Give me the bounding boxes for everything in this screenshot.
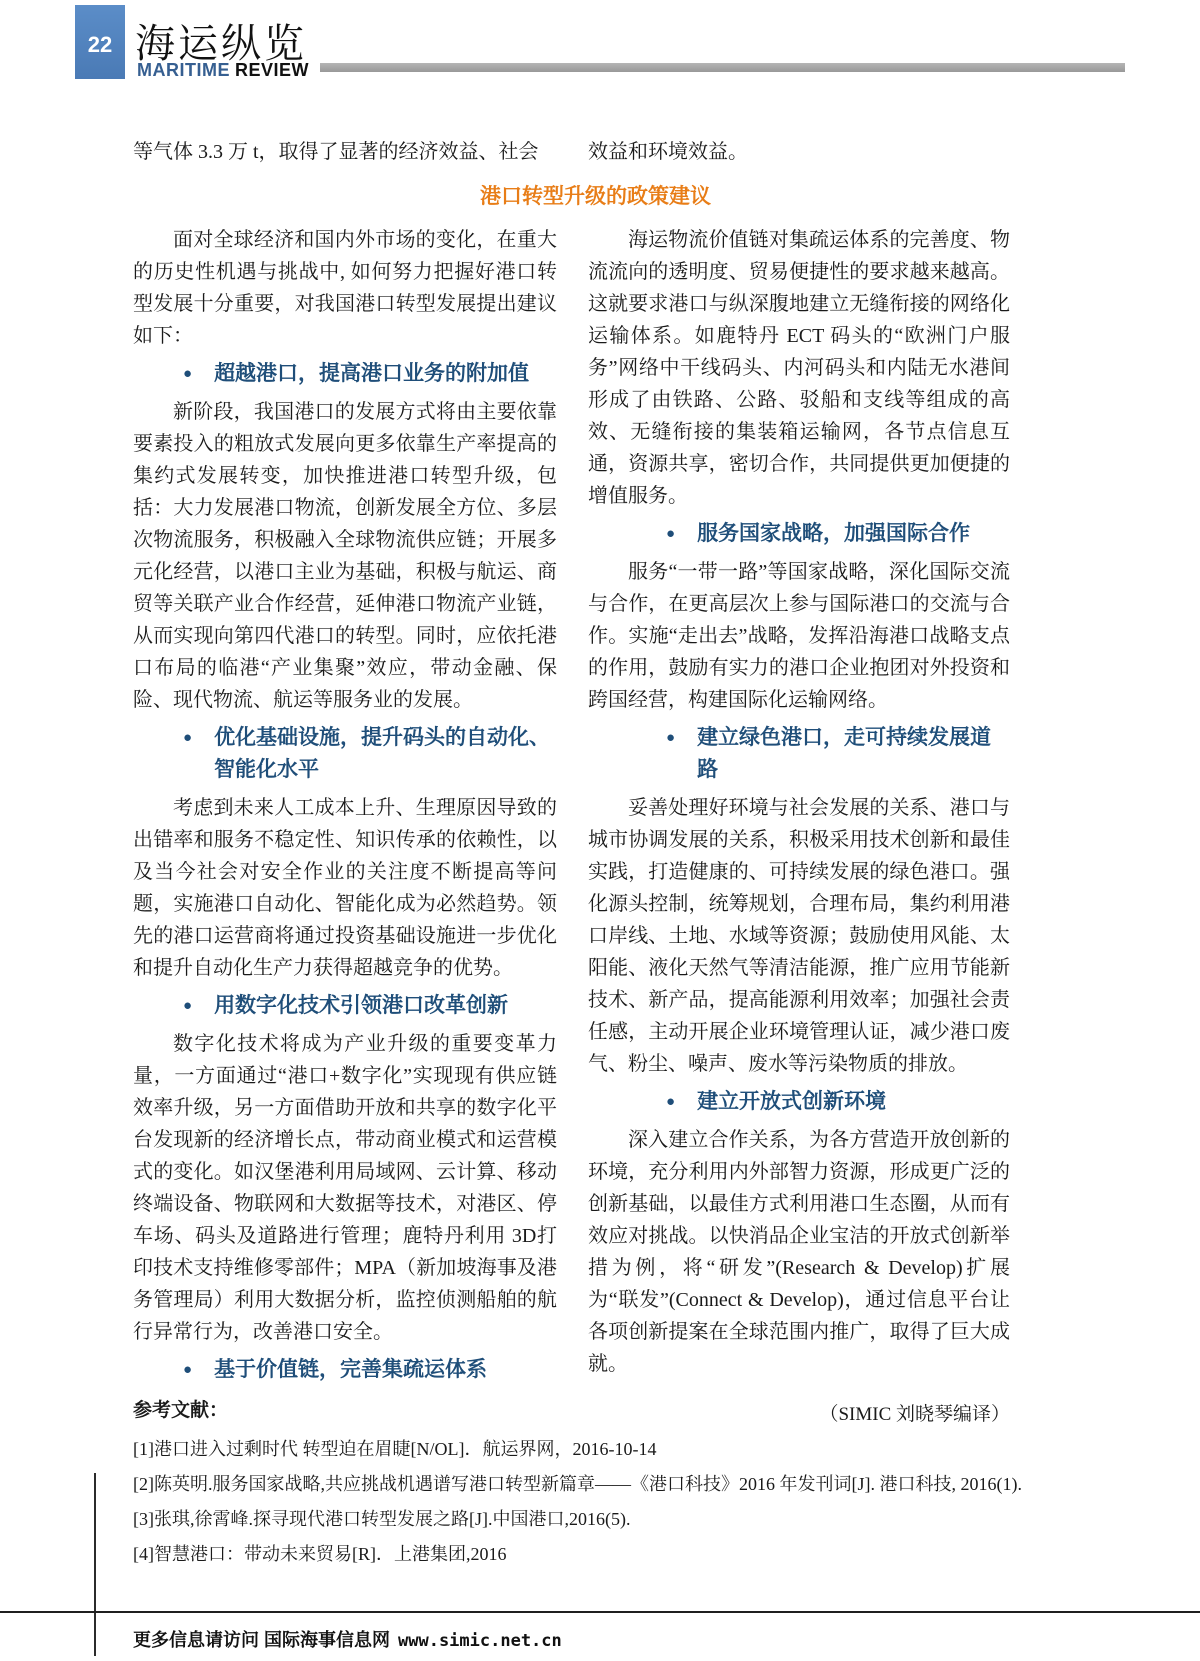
bullet-icon: ● bbox=[666, 1086, 675, 1118]
intro-line-left: 等气体 3.3 万 t，取得了显著的经济效益、社会 bbox=[133, 136, 557, 168]
paragraph: 数字化技术将成为产业升级的重要变革力量，一方面通过“港口+数字化”实现现有供应链… bbox=[133, 1028, 557, 1348]
bullet-icon: ● bbox=[666, 518, 675, 550]
references-title: 参考文献： bbox=[133, 1396, 1173, 1426]
document-page: 22 海运纵览 MARITIMEREVIEW 等气体 3.3 万 t，取得了显著… bbox=[0, 0, 1200, 1661]
two-column-layout: 面对全球经济和国内外市场的变化，在重大的历史性机遇与挑战中, 如何努力把握好港口… bbox=[133, 224, 1010, 1428]
page-number: 22 bbox=[88, 32, 112, 58]
references-section: 参考文献： [1]港口进入过剩时代 转型迫在眉睫[N/OL]．航运界网，2016… bbox=[133, 1396, 1173, 1572]
article-body: 等气体 3.3 万 t，取得了显著的经济效益、社会 效益和环境效益。 港口转型升… bbox=[133, 136, 1010, 1428]
heading-label: 基于价值链，完善集疏运体系 bbox=[214, 1354, 557, 1386]
bullet-heading: ● 建立绿色港口，走可持续发展道路 bbox=[588, 722, 1010, 786]
bullet-heading: ● 超越港口，提高港口业务的附加值 bbox=[133, 358, 557, 390]
heading-label: 用数字化技术引领港口改革创新 bbox=[214, 990, 557, 1022]
reference-item: [2]陈英明.服务国家战略,共应挑战机遇谱写港口转型新篇章——《港口科技》201… bbox=[133, 1467, 1173, 1502]
paragraph: 海运物流价值链对集疏运体系的完善度、物流流向的透明度、贸易便捷性的要求越来越高。… bbox=[588, 224, 1010, 512]
reference-item: [3]张琪,徐霄峰.探寻现代港口转型发展之路[J].中国港口,2016(5). bbox=[133, 1502, 1173, 1537]
column-left: 面对全球经济和国内外市场的变化，在重大的历史性机遇与挑战中, 如何努力把握好港口… bbox=[133, 224, 557, 1392]
bullet-icon: ● bbox=[183, 1354, 192, 1386]
paragraph: 妥善处理好环境与社会发展的关系、港口与城市协调发展的关系，积极采用技术创新和最佳… bbox=[588, 792, 1010, 1080]
footer-url: www.simic.net.cn bbox=[398, 1631, 562, 1651]
bullet-heading: ● 基于价值链，完善集疏运体系 bbox=[133, 1354, 557, 1386]
masthead: 22 海运纵览 MARITIMEREVIEW bbox=[0, 0, 1200, 100]
masthead-subtitle: MARITIMEREVIEW bbox=[137, 60, 309, 81]
footer-text: 更多信息请访问 国际海事信息网www.simic.net.cn bbox=[133, 1626, 562, 1652]
masthead-en-blue: MARITIME bbox=[137, 60, 230, 80]
paragraph: 面对全球经济和国内外市场的变化，在重大的历史性机遇与挑战中, 如何努力把握好港口… bbox=[133, 224, 557, 352]
section-heading: 港口转型升级的政策建议 bbox=[133, 182, 1010, 212]
footer-visit-label: 更多信息请访问 国际海事信息网 bbox=[133, 1630, 390, 1650]
heading-label: 服务国家战略，加强国际合作 bbox=[697, 518, 1010, 550]
footer-crop-mark bbox=[94, 1473, 96, 1656]
bullet-heading: ● 用数字化技术引领港口改革创新 bbox=[133, 990, 557, 1022]
masthead-bar bbox=[320, 63, 1125, 72]
footer-rule bbox=[0, 1611, 1200, 1613]
heading-label: 超越港口，提高港口业务的附加值 bbox=[214, 358, 557, 390]
bullet-heading: ● 建立开放式创新环境 bbox=[588, 1086, 1010, 1118]
intro-row: 等气体 3.3 万 t，取得了显著的经济效益、社会 效益和环境效益。 bbox=[133, 136, 1010, 168]
paragraph: 深入建立合作关系，为各方营造开放创新的环境，充分利用内外部智力资源，形成更广泛的… bbox=[588, 1124, 1010, 1380]
heading-label: 建立绿色港口，走可持续发展道路 bbox=[697, 722, 1010, 786]
paragraph: 新阶段，我国港口的发展方式将由主要依靠要素投入的粗放式发展向更多依靠生产率提高的… bbox=[133, 396, 557, 716]
bullet-icon: ● bbox=[666, 722, 675, 754]
reference-item: [4]智慧港口：带动未来贸易[R]．上港集团,2016 bbox=[133, 1537, 1173, 1572]
bullet-icon: ● bbox=[183, 990, 192, 1022]
column-right: 海运物流价值链对集疏运体系的完善度、物流流向的透明度、贸易便捷性的要求越来越高。… bbox=[588, 224, 1010, 1428]
reference-item: [1]港口进入过剩时代 转型迫在眉睫[N/OL]．航运界网，2016-10-14 bbox=[133, 1432, 1173, 1467]
paragraph: 考虑到未来人工成本上升、生理原因导致的出错率和服务不稳定性、知识传承的依赖性，以… bbox=[133, 792, 557, 984]
bullet-icon: ● bbox=[183, 722, 192, 754]
masthead-en-black: REVIEW bbox=[235, 60, 309, 80]
bullet-heading: ● 优化基础设施，提升码头的自动化、智能化水平 bbox=[133, 722, 557, 786]
paragraph: 服务“一带一路”等国家战略，深化国际交流与合作，在更高层次上参与国际港口的交流与… bbox=[588, 556, 1010, 716]
heading-label: 建立开放式创新环境 bbox=[697, 1086, 1010, 1118]
intro-line-right: 效益和环境效益。 bbox=[588, 136, 1010, 168]
page-number-box: 22 bbox=[75, 5, 125, 79]
bullet-icon: ● bbox=[183, 358, 192, 390]
heading-label: 优化基础设施，提升码头的自动化、智能化水平 bbox=[214, 722, 557, 786]
bullet-heading: ● 服务国家战略，加强国际合作 bbox=[588, 518, 1010, 550]
